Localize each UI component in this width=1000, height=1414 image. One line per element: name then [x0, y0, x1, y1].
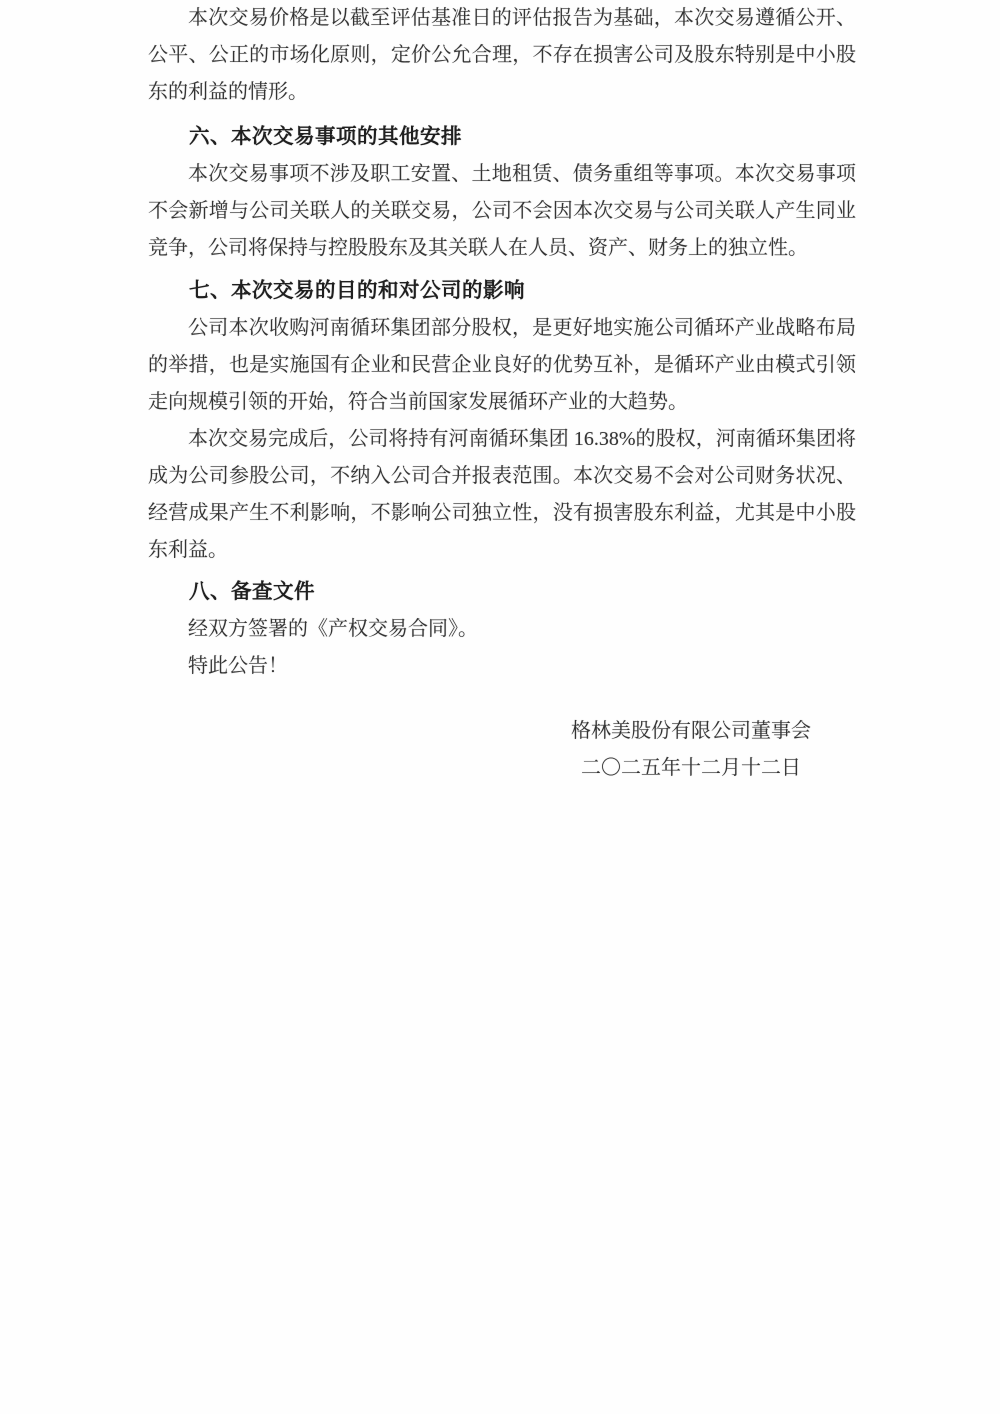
paragraph-section6-body: 本次交易事项不涉及职工安置、土地租赁、债务重组等事项。本次交易事项不会新增与公司…	[148, 156, 856, 267]
section-heading-6-other-arrangements: 六、本次交易事项的其他安排	[148, 119, 856, 156]
signature-block: 格林美股份有限公司董事会 二〇二五年十二月十二日	[571, 713, 811, 787]
paragraph-section7-impact: 本次交易完成后，公司将持有河南循环集团 16.38%的股权，河南循环集团将成为公…	[148, 421, 856, 569]
section-heading-7-purpose-impact: 七、本次交易的目的和对公司的影响	[148, 273, 856, 310]
section-heading-8-reference-documents: 八、备查文件	[148, 574, 856, 611]
paragraph-section7-purpose: 公司本次收购河南循环集团部分股权，是更好地实施公司循环产业战略布局的举措，也是实…	[148, 310, 856, 421]
document-page: 本次交易价格是以截至评估基准日的评估报告为基础，本次交易遵循公开、公平、公正的市…	[0, 0, 1000, 1414]
closing-announcement-line: 特此公告！	[148, 648, 856, 685]
paragraph-section8-body: 经双方签署的《产权交易合同》。	[148, 611, 856, 648]
signature-date: 二〇二五年十二月十二日	[571, 750, 811, 787]
document-body: 本次交易价格是以截至评估基准日的评估报告为基础，本次交易遵循公开、公平、公正的市…	[148, 0, 856, 787]
paragraph-pricing-basis: 本次交易价格是以截至评估基准日的评估报告为基础，本次交易遵循公开、公平、公正的市…	[148, 0, 856, 111]
signature-company-board: 格林美股份有限公司董事会	[571, 713, 811, 750]
